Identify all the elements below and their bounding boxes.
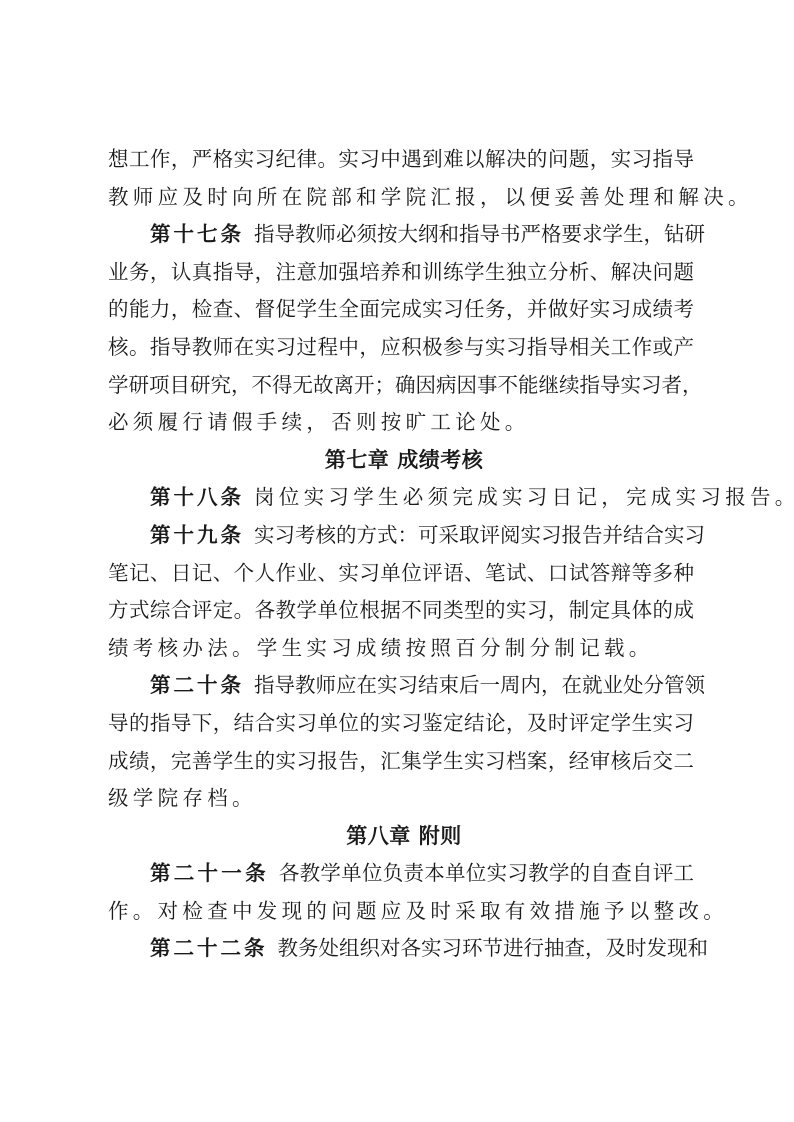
text-line: 学研项目研究，不得无故离开；确因病因事不能继续指导实习者， [108,367,694,405]
article-18-first-line: 第十八条岗位实习学生必须完成实习日记，完成实习报告。 [108,479,694,517]
chapter-heading: 第八章附则 [108,818,694,856]
chapter-title: 成绩考核 [397,448,483,472]
text-line: 作。对检查中发现的问题应及时采取有效措施予以整改。 [108,893,694,931]
article-text: 岗位实习学生必须完成实习日记，完成实习报告。 [254,485,794,509]
article-label: 第二十一条 [150,861,269,885]
article-22-first-line: 第二十二条教务处组织对各实习环节进行抽查，及时发现和 [108,930,694,968]
article-text: 指导教师应在实习结束后一周内，在就业处分管领 [254,673,705,697]
article-19-first-line: 第十九条实习考核的方式：可采取评阅实习报告并结合实习 [108,517,694,555]
article-21-first-line: 第二十一条各教学单位负责本单位实习教学的自查自评工 [108,855,694,893]
article-text: 指导教师必须按大纲和指导书严格要求学生，钻研 [254,222,705,246]
text-line: 方式综合评定。各教学单位根据不同类型的实习，制定具体的成 [108,592,694,630]
article-text: 各教学单位负责本单位实习教学的自查自评工 [279,861,694,885]
article-text: 实习考核的方式：可采取评阅实习报告并结合实习 [254,523,705,547]
text-line: 必须履行请假手续，否则按旷工论处。 [108,404,694,442]
text-line: 的能力，检查、督促学生全面完成实习任务，并做好实习成绩考 [108,291,694,329]
text-line: 教师应及时向所在院部和学院汇报，以便妥善处理和解决。 [108,179,694,217]
article-20-first-line: 第二十条指导教师应在实习结束后一周内，在就业处分管领 [108,667,694,705]
chapter-title: 附则 [419,824,462,848]
text-line: 绩考核办法。学生实习成绩按照百分制分制记载。 [108,630,694,668]
article-label: 第十七条 [150,222,244,246]
article-label: 第十九条 [150,523,244,547]
text-line: 想工作，严格实习纪律。实习中遇到难以解决的问题，实习指导 [108,141,694,179]
article-text: 教务处组织对各实习环节进行抽查，及时发现和 [278,936,709,960]
article-17-first-line: 第十七条指导教师必须按大纲和指导书严格要求学生，钻研 [108,216,694,254]
chapter-number: 第八章 [346,824,411,848]
chapter-heading: 第七章成绩考核 [108,442,694,480]
text-line: 笔记、日记、个人作业、实习单位评语、笔试、口试答辩等多种 [108,555,694,593]
article-label: 第二十二条 [150,936,268,960]
article-label: 第十八条 [150,485,244,509]
text-line: 级学院存档。 [108,780,694,818]
text-line: 导的指导下，结合实习单位的实习鉴定结论，及时评定学生实习 [108,705,694,743]
text-line: 成绩，完善学生的实习报告，汇集学生实习档案，经审核后交二 [108,743,694,781]
text-line: 核。指导教师在实习过程中，应积极参与实习指导相关工作或产 [108,329,694,367]
article-label: 第二十条 [150,673,244,697]
text-line: 业务，认真指导，注意加强培养和训练学生独立分析、解决问题 [108,254,694,292]
chapter-number: 第七章 [325,448,390,472]
document-page: 想工作，严格实习纪律。实习中遇到难以解决的问题，实习指导 教师应及时向所在院部和… [108,141,694,968]
